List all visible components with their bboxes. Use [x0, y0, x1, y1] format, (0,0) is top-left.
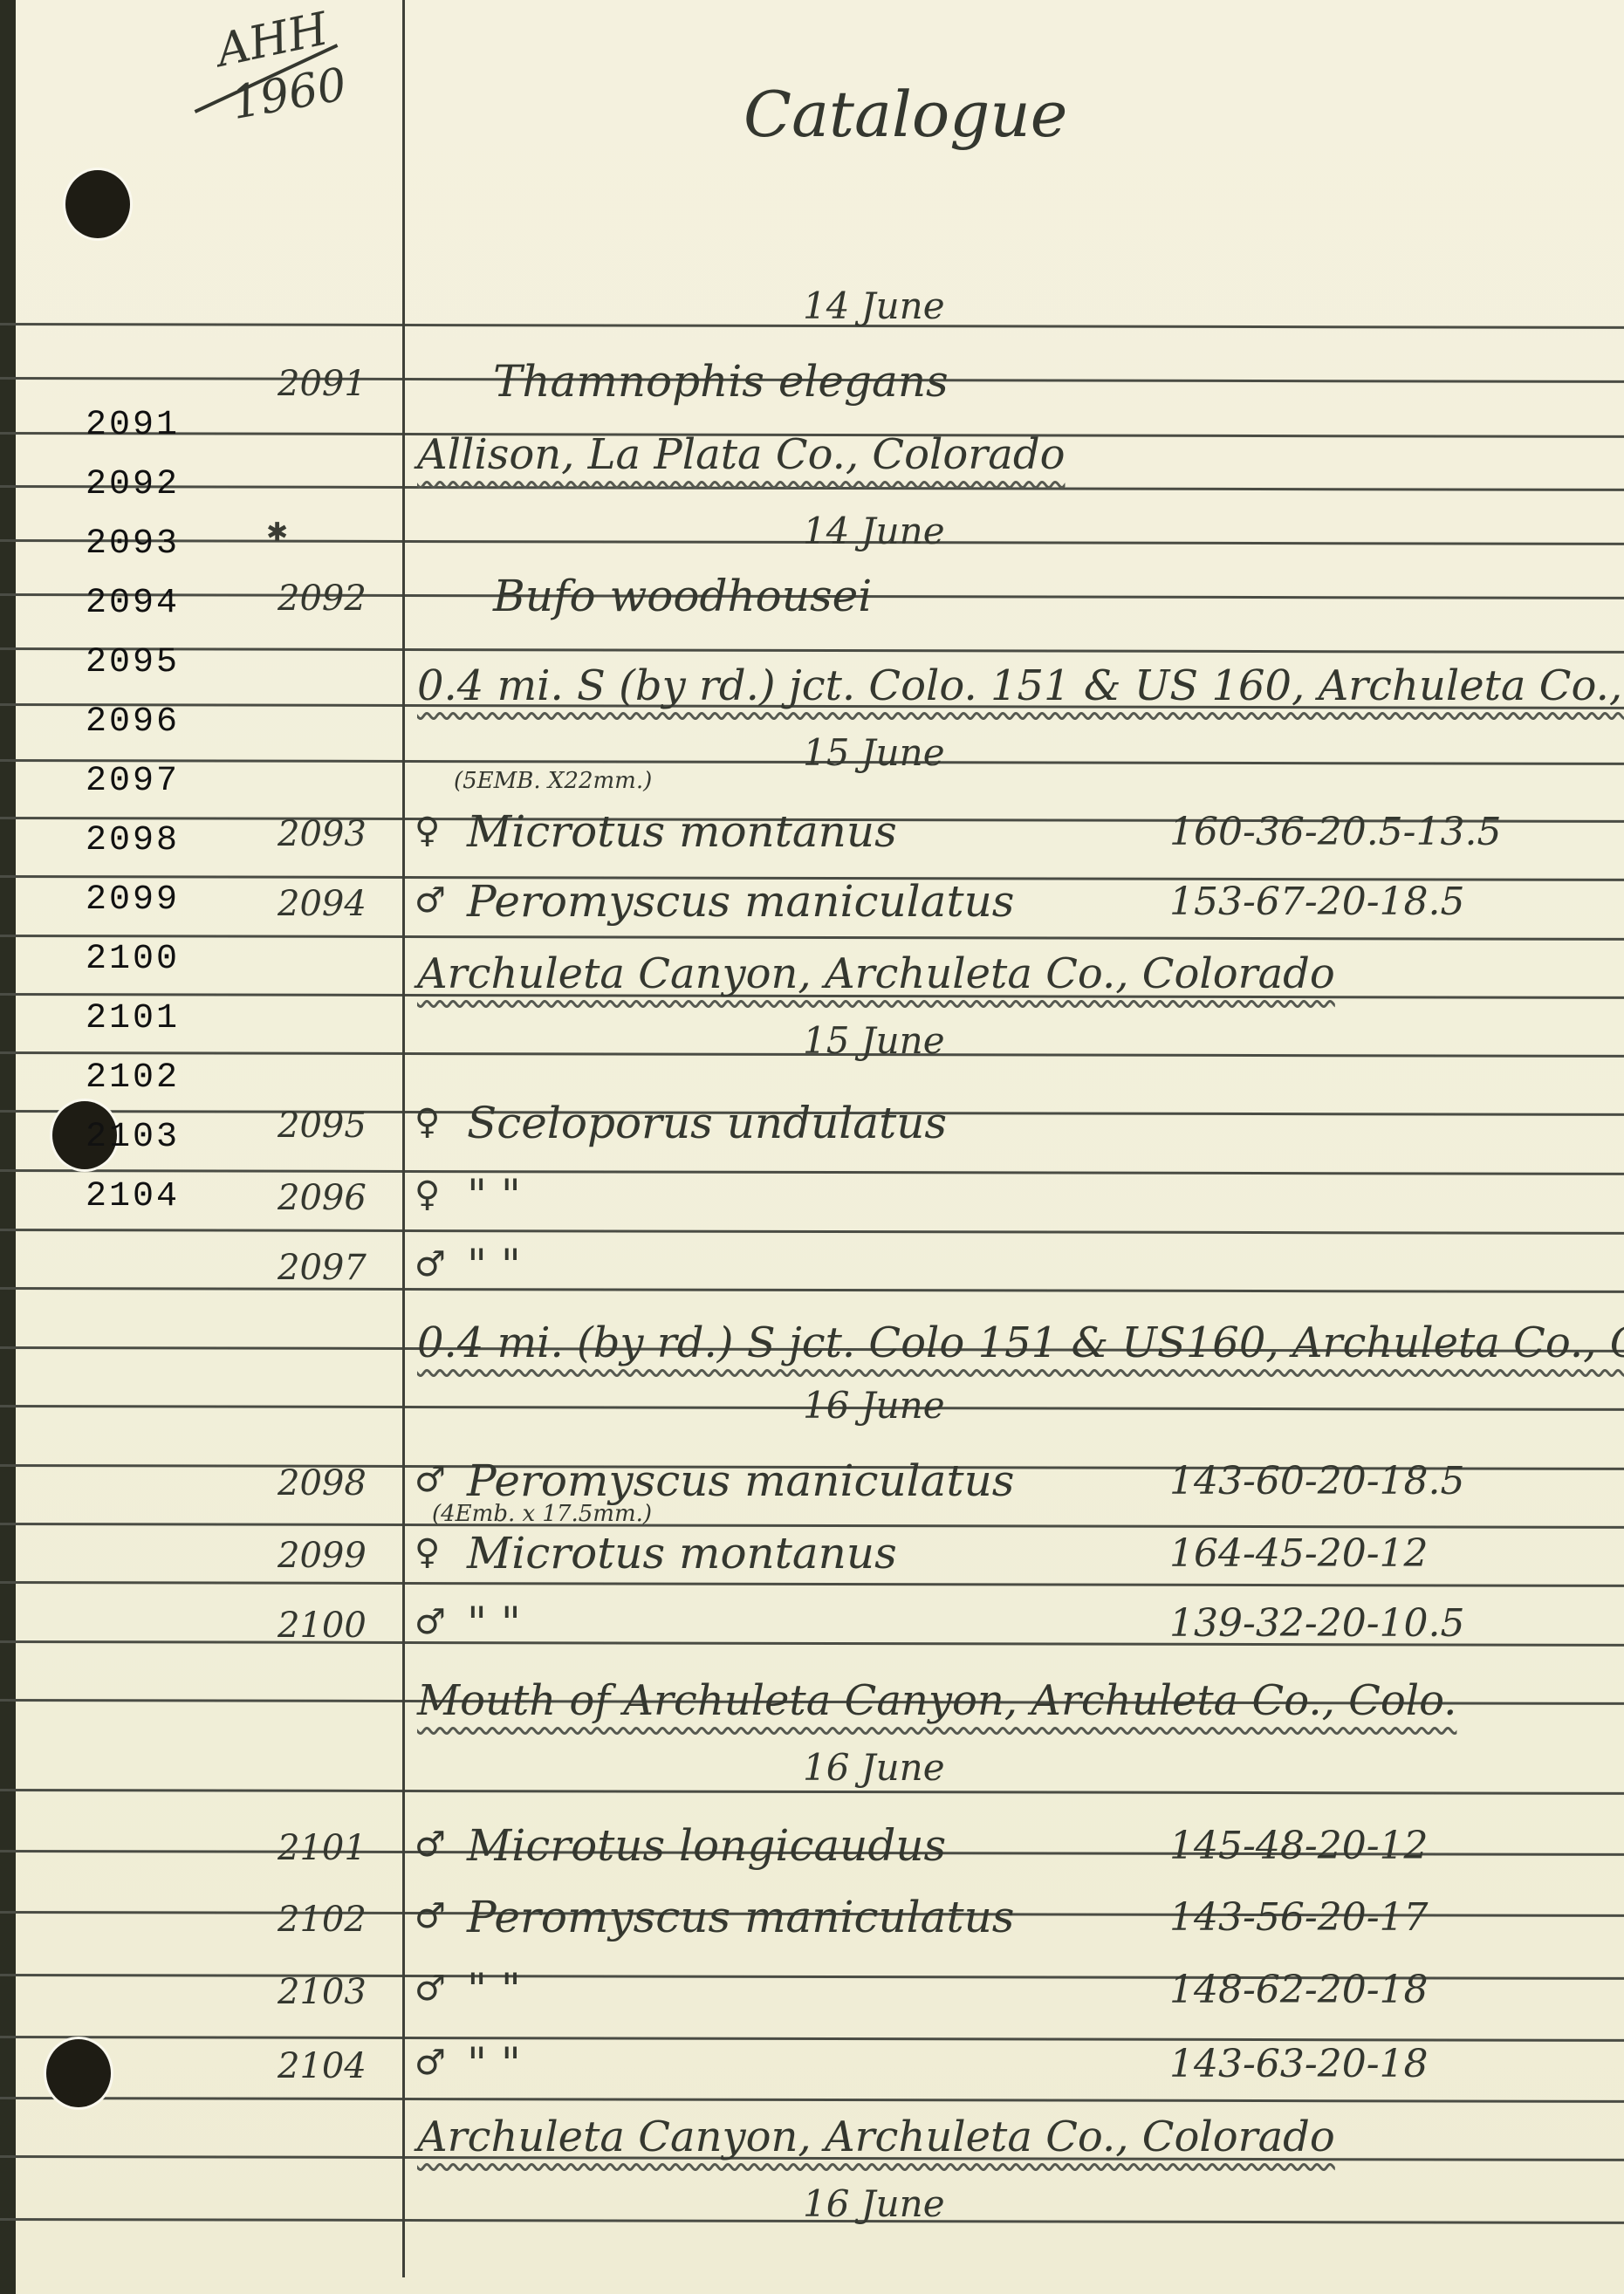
- catalogue-number: 2098: [278, 1466, 367, 1501]
- measurements: 139-32-20-10.5: [1169, 1605, 1465, 1643]
- date-heading: 16 June: [803, 1750, 945, 1786]
- printed-catalogue-number: 2104: [86, 1180, 180, 1215]
- female-symbol-icon: ♀: [415, 1535, 440, 1570]
- male-symbol-icon: ♂: [415, 2045, 446, 2080]
- locality-line: Archuleta Canyon, Archuleta Co., Colorad…: [417, 953, 1335, 995]
- catalogue-number: 2095: [278, 1108, 367, 1143]
- printed-catalogue-number: 2099: [86, 883, 180, 918]
- locality-line: 0.4 mi. S (by rd.) jct. Colo. 151 & US 1…: [417, 665, 1624, 707]
- page-title: Catalogue: [743, 83, 1067, 146]
- catalogue-number: 2104: [278, 2049, 367, 2084]
- species-name: Thamnophis elegans: [493, 360, 949, 403]
- catalogue-number: 2093: [278, 817, 367, 852]
- measurements: 145-48-20-12: [1169, 1827, 1429, 1866]
- female-symbol-icon: ♀: [415, 1105, 440, 1140]
- locality-line: Archuleta Canyon, Archuleta Co., Colorad…: [417, 2116, 1335, 2158]
- species-name: " ": [467, 1601, 521, 1645]
- printed-catalogue-number: 2093: [86, 527, 180, 562]
- printed-catalogue-number: 2098: [86, 824, 180, 859]
- printed-catalogue-number: 2094: [86, 586, 180, 621]
- measurements: 148-62-20-18: [1169, 1971, 1429, 2010]
- printed-catalogue-number: 2100: [86, 942, 180, 977]
- printed-catalogue-number: 2101: [86, 1002, 180, 1037]
- male-symbol-icon: ♂: [415, 1899, 446, 1934]
- measurements: 143-56-20-17: [1169, 1899, 1429, 1937]
- male-symbol-icon: ♂: [415, 1247, 446, 1282]
- measurements: 164-45-20-12: [1169, 1535, 1429, 1573]
- species-name: Bufo woodhousei: [493, 574, 872, 618]
- catalogue-number: 2099: [278, 1538, 367, 1573]
- species-name: " ": [467, 1968, 521, 2011]
- punch-hole-bottom: [46, 2039, 111, 2107]
- species-name: " ": [467, 1243, 521, 1287]
- printed-catalogue-number: 2095: [86, 646, 180, 681]
- species-name: Microtus montanus: [467, 1531, 897, 1575]
- measurements: 153-67-20-18.5: [1169, 883, 1465, 921]
- catalogue-number: 2091: [278, 366, 367, 401]
- species-name: Microtus montanus: [467, 810, 897, 853]
- date-heading: 16 June: [803, 1387, 945, 1424]
- catalogue-number: 2102: [278, 1902, 367, 1937]
- printed-catalogue-number: 2103: [86, 1120, 180, 1155]
- printed-catalogue-number: 2096: [86, 705, 180, 740]
- date-heading: 14 June: [803, 513, 945, 550]
- embryo-note: (5EMB. X22mm.): [454, 770, 652, 792]
- species-name: Peromyscus maniculatus: [467, 1459, 1014, 1503]
- printed-catalogue-number: 2091: [86, 408, 180, 443]
- date-heading: 15 June: [803, 1023, 945, 1059]
- date-heading: 15 June: [803, 735, 945, 771]
- catalogue-number: 2094: [278, 887, 367, 921]
- margin-asterisk-mark: ✱: [266, 520, 288, 546]
- catalogue-number: 2092: [278, 581, 367, 616]
- catalogue-number: 2101: [278, 1831, 367, 1866]
- measurements: 143-60-20-18.5: [1169, 1462, 1465, 1501]
- species-name: " ": [467, 1174, 521, 1217]
- date-heading: 16 June: [803, 2186, 945, 2222]
- male-symbol-icon: ♂: [415, 1605, 446, 1640]
- species-name: Peromyscus maniculatus: [467, 880, 1014, 923]
- male-symbol-icon: ♂: [415, 883, 446, 918]
- page-binding-edge: [0, 0, 16, 2294]
- catalogue-number: 2097: [278, 1250, 367, 1285]
- printed-catalogue-number: 2092: [86, 468, 180, 503]
- species-name: Sceloporus undulatus: [467, 1101, 947, 1145]
- locality-line: 0.4 mi. (by rd.) S jct. Colo 151 & US160…: [417, 1322, 1624, 1364]
- male-symbol-icon: ♂: [415, 1827, 446, 1862]
- catalogue-number: 2096: [278, 1181, 367, 1215]
- date-heading: 14 June: [803, 288, 945, 325]
- embryo-note: (4Emb. x 17.5mm.): [432, 1503, 652, 1525]
- printed-catalogue-number: 2102: [86, 1061, 180, 1096]
- measurements: 143-63-20-18: [1169, 2045, 1429, 2084]
- printed-catalogue-number: 2097: [86, 764, 180, 799]
- female-symbol-icon: ♀: [415, 1177, 440, 1212]
- male-symbol-icon: ♂: [415, 1462, 446, 1497]
- catalogue-number: 2103: [278, 1975, 367, 2010]
- male-symbol-icon: ♂: [415, 1971, 446, 2006]
- catalogue-number: 2100: [278, 1608, 367, 1643]
- species-name: " ": [467, 2042, 521, 2085]
- locality-line: Mouth of Archuleta Canyon, Archuleta Co.…: [417, 1680, 1456, 1722]
- measurements: 160-36-20.5-13.5: [1169, 813, 1502, 852]
- punch-hole-top: [65, 170, 130, 238]
- margin-line: [402, 0, 405, 2277]
- locality-line: Allison, La Plata Co., Colorado: [417, 434, 1065, 476]
- species-name: Microtus longicaudus: [467, 1824, 946, 1867]
- female-symbol-icon: ♀: [415, 813, 440, 848]
- species-name: Peromyscus maniculatus: [467, 1895, 1014, 1939]
